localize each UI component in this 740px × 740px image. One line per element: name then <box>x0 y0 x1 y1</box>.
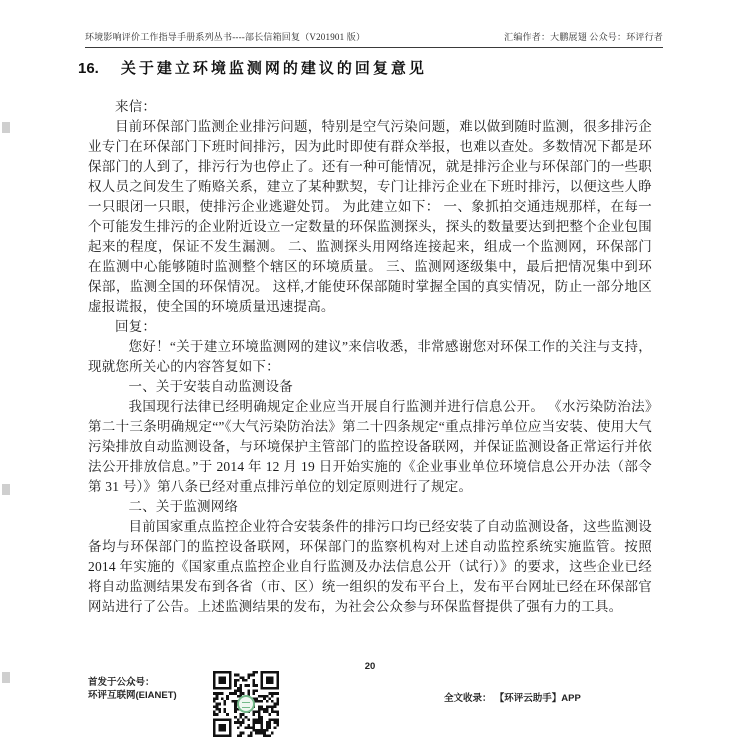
scan-artifact <box>2 672 10 683</box>
qr-center-logo <box>237 695 255 713</box>
scan-artifact <box>2 484 10 495</box>
header-series-title: 环境影响评价工作指导手册系列丛书----部长信箱回复（V201901 版） <box>85 30 365 43</box>
section-number: 16. <box>78 60 99 77</box>
footer-publisher-line1: 首发于公众号： <box>88 676 177 689</box>
reply-label: 回复： <box>88 317 652 337</box>
page-header: 环境影响评价工作指导手册系列丛书----部长信箱回复（V201901 版） 汇编… <box>85 30 663 48</box>
footer-collection: 全文收录：【环评云助手】APP <box>444 690 581 704</box>
section-title: 16.关于建立环境监测网的建议的回复意见 <box>78 57 427 78</box>
letter-label: 来信： <box>88 97 652 117</box>
document-body: 来信： 目前环保部门监测企业排污问题，特别是空气污染问题，难以做到随时监测，很多… <box>88 97 652 617</box>
footer-collection-app: 【环评云助手】APP <box>500 693 581 704</box>
footer-publisher-line2: 环评互联网(EIANET) <box>88 689 177 702</box>
scan-artifact <box>2 122 10 133</box>
reply-section2-paragraph: 目前国家重点监控企业符合安装条件的排污口均已经安装了自动监测设备，这些监测设备均… <box>88 517 652 617</box>
reply-section1-heading: 一、关于安装自动监测设备 <box>88 377 652 397</box>
document-page: 环境影响评价工作指导手册系列丛书----部长信箱回复（V201901 版） 汇编… <box>0 0 740 740</box>
footer-collection-label: 全文收录： <box>444 693 492 704</box>
section-title-text: 关于建立环境监测网的建议的回复意见 <box>121 60 427 77</box>
reply-section2-heading: 二、关于监测网络 <box>88 497 652 517</box>
reply-intro-paragraph: 您好！“关于建立环境监测网的建议”来信收悉，非常感谢您对环保工作的关注与支持，现… <box>88 337 652 377</box>
reply-section1-paragraph: 我国现行法律已经明确规定企业应当开展自行监测并进行信息公开。 《水污染防治法》第… <box>88 397 652 497</box>
page-number: 20 <box>0 661 740 672</box>
letter-paragraph: 目前环保部门监测企业排污问题，特别是空气污染问题，难以做到随时监测，很多排污企业… <box>88 117 652 317</box>
header-authors: 汇编作者：大鹏展翅 公众号：环评行者 <box>504 30 663 43</box>
footer-publisher: 首发于公众号： 环评互联网(EIANET) <box>88 676 177 702</box>
qr-code <box>213 671 279 737</box>
